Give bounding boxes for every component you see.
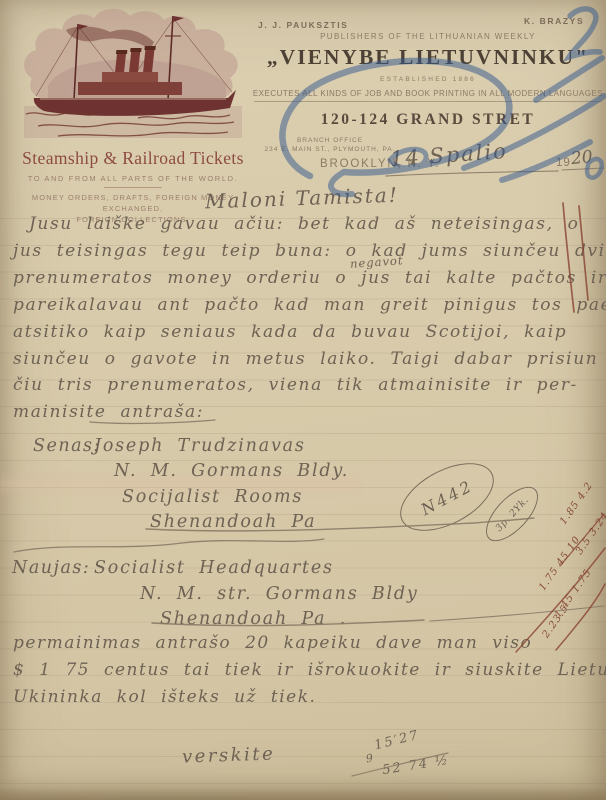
tickets-subtitle: TO AND FROM ALL PARTS OF THE WORLD. — [12, 174, 254, 183]
branch-office-block: BRANCH OFFICE 234 E. MAIN ST., PLYMOUTH,… — [250, 136, 410, 154]
publisher-line: PUBLISHERS OF THE LITHUANIAN WEEKLY — [252, 32, 604, 41]
address-line: Socialist Headquartes — [94, 556, 510, 582]
address-line: Shenandoah Pa . — [160, 607, 510, 633]
tickets-title: Steamship & Railroad Tickets — [12, 148, 254, 169]
steamship-illustration — [14, 6, 252, 146]
calc-number-top: 15′27 — [373, 728, 421, 754]
letter-body: Jusu laiške gavau ačiu: bet kad aš netei… — [13, 211, 601, 426]
divider-rule — [104, 187, 162, 188]
year-printed: 19 — [556, 157, 571, 169]
handwritten-line: Ukininka kol išteks už tiek. — [13, 684, 601, 711]
red-scribble: 3.5 3.24 — [574, 510, 606, 557]
handwritten-line: prenumeratos money orderiu o jus tai kal… — [13, 265, 601, 292]
letter-page: Steamship & Railroad Tickets TO AND FROM… — [0, 0, 606, 800]
partner-name-left: J. J. PAUKSZTIS — [258, 20, 348, 30]
handwritten-line: mainisite antraša: — [13, 399, 601, 426]
address-line: N. M. str. Gormans Bldy — [140, 582, 510, 608]
street-address: 120-124 GRAND STRET — [252, 111, 604, 129]
address-line: Joseph Trudzinavas — [94, 434, 510, 459]
calc-number-mid: 9 — [365, 751, 374, 765]
year-handwritten: 20 — [570, 147, 594, 169]
handwritten-line: Jusu laiške gavau ačiu: bet kad aš netei… — [13, 211, 601, 238]
handwritten-line: pareikalavau ant pačto kad man greit pin… — [13, 292, 601, 319]
branch-office-line1: BRANCH OFFICE — [250, 136, 410, 145]
branch-office-line2: 234 E. MAIN ST., PLYMOUTH, PA. — [250, 145, 410, 154]
masthead-title: „VIENYBE LIETUVNINKU" — [252, 45, 604, 70]
handwritten-line: siunčeu o gavote in metus laiko. Taigi d… — [13, 346, 601, 373]
partner-name-right: K. BRAZYS — [524, 16, 584, 26]
closing-paragraph: permainimas antrašo 20 kapeiku dave man … — [13, 630, 601, 711]
red-scribble: 1.85 4.2 — [558, 480, 595, 527]
circled-number: N442 — [418, 475, 477, 518]
handwritten-line: čiu tris prenumeratos, viena tik atmaini… — [13, 372, 601, 399]
executes-line: EXECUTES ALL KINDS OF JOB AND BOOK PRINT… — [252, 89, 604, 98]
calc-number-bottom: 52 74 ½ — [381, 753, 450, 778]
handwritten-line: jus teisingas tegu teip buna: o kad jums… — [13, 238, 601, 265]
established-line: ESTABLISHED 1886 — [252, 76, 604, 83]
bottom-edge-shadow — [0, 787, 606, 800]
handwritten-line: atsitiko kaip seniaus kada da buvau Scot… — [13, 319, 601, 346]
turn-over-note: verskite — [182, 743, 276, 767]
new-address-block: Socialist HeadquartesN. M. str. Gormans … — [30, 556, 510, 633]
handwritten-line: permainimas antrašo 20 kapeiku dave man … — [13, 630, 601, 657]
executes-rule — [254, 101, 602, 102]
handwritten-line: $ 1 75 centus tai tiek ir išrokuokite ir… — [13, 657, 601, 684]
letterhead-center-block: PUBLISHERS OF THE LITHUANIAN WEEKLY „VIE… — [252, 32, 604, 129]
